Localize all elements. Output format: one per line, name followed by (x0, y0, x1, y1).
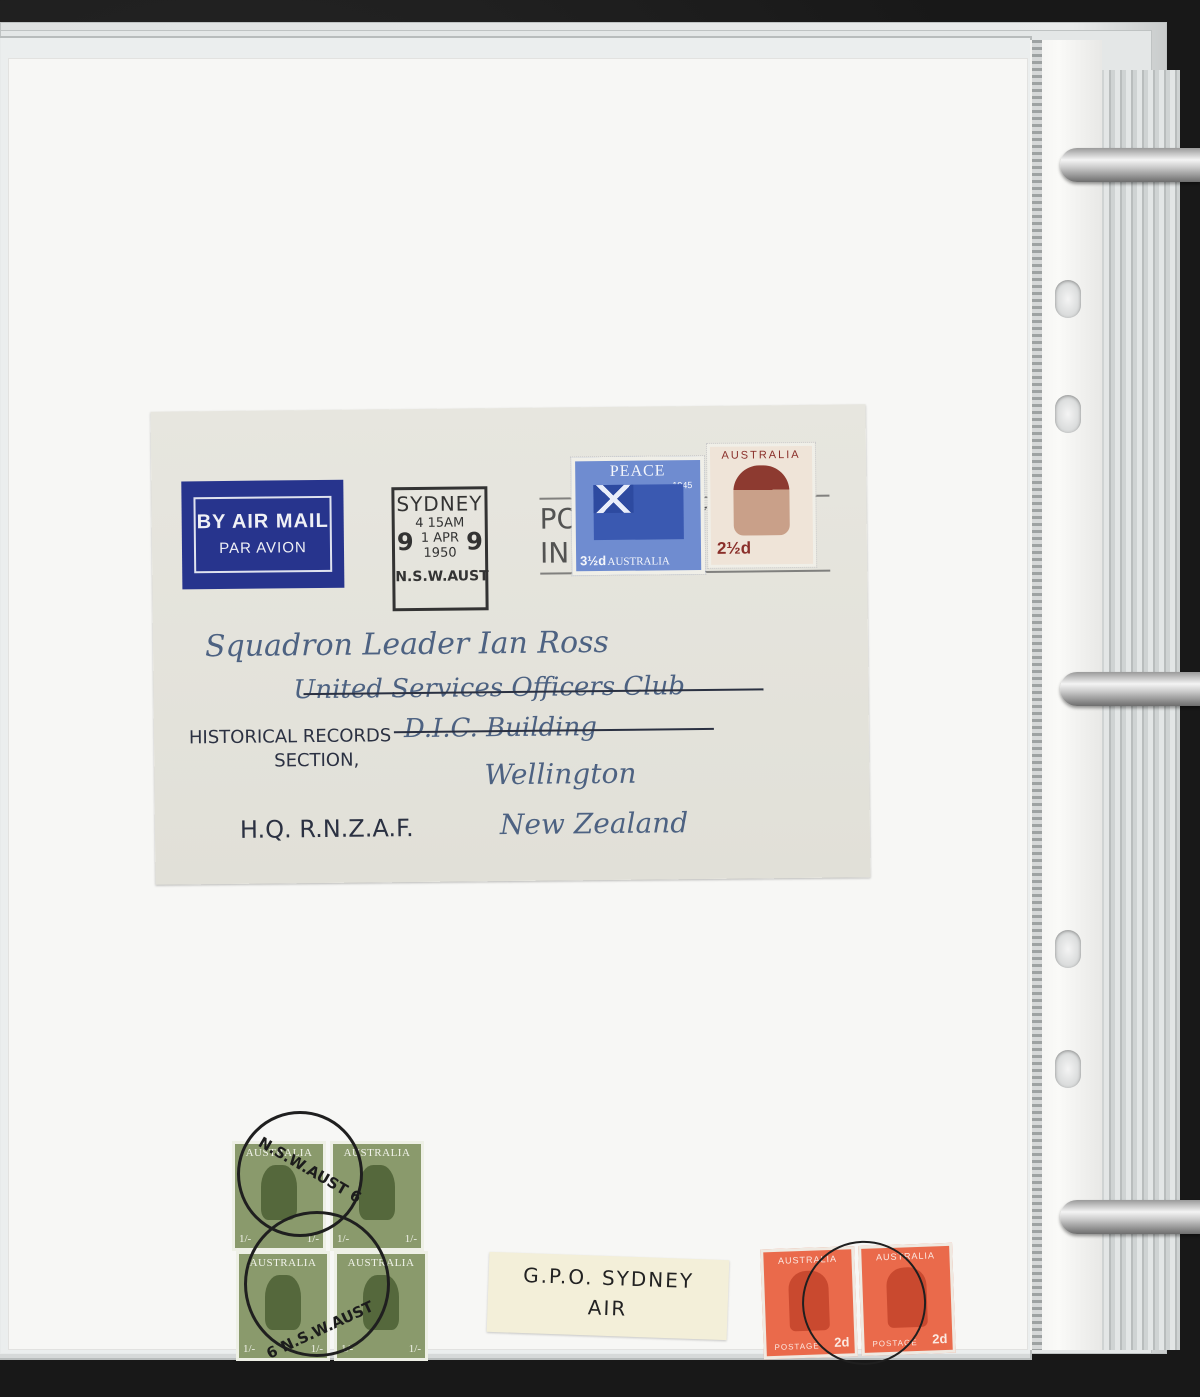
postmark-numeral-left: 9 (397, 528, 414, 556)
stamp-henry-lawson: AUSTRALIA 2½d (707, 443, 816, 568)
address-line-club: United Services Officers Club (293, 671, 685, 705)
flag-icon (593, 484, 684, 540)
sydney-postmark: SYDNEY 4 15AM 1 APR 1950 N.S.W.AUST 9 9 (391, 486, 488, 611)
handwritten-label-card: G.P.O. SYDNEY AIR (487, 1252, 730, 1340)
stamp-block-green-lyrebird: AUSTRALIA 1/- 1/- AUSTRALIA 1/- 1/- AUST… (232, 1141, 422, 1361)
stamp-country: AUSTRALIA (710, 449, 812, 462)
postmark-state: N.S.W.AUST (395, 568, 485, 585)
airmail-envelope: BY AIR MAIL PAR AVION SYDNEY 4 15AM 1 AP… (151, 404, 871, 884)
label-line1: G.P.O. SYDNEY (488, 1262, 729, 1294)
stamp-title: PEACE (575, 462, 700, 481)
stamp-value: 1/- (409, 1343, 421, 1355)
stamp-postage-label: POSTAGE (774, 1341, 819, 1352)
redirect-line2: SECTION, (274, 750, 359, 772)
address-line-country: New Zealand (500, 806, 689, 841)
punch-hole (1055, 930, 1081, 968)
redirect-line3: H.Q. R.N.Z.A.F. (240, 814, 414, 844)
stamp-value: 1/- (239, 1233, 251, 1245)
sleeve-rail (1032, 40, 1042, 1350)
binder-ring-middle (1060, 672, 1200, 706)
address-line-name: Squadron Leader Ian Ross (205, 625, 609, 664)
address-line-city: Wellington (484, 757, 636, 792)
address-line-building: D.I.C. Building (404, 712, 597, 744)
postmark-numeral-right: 9 (466, 527, 483, 555)
sleeve-pleats (1100, 70, 1180, 1350)
punch-hole (1055, 280, 1081, 318)
binder-ring-bottom (1060, 1200, 1200, 1234)
binder-ring-top (1060, 148, 1200, 182)
label-line2: AIR (487, 1292, 728, 1324)
airmail-label: BY AIR MAIL PAR AVION (181, 480, 344, 590)
portrait-icon (733, 465, 790, 536)
punch-hole (1055, 395, 1081, 433)
punch-hole (1055, 1050, 1081, 1088)
stamp-pair-red-kgvi: AUSTRALIA POSTAGE 2d AUSTRALIA POSTAGE 2… (760, 1243, 960, 1360)
stamp-value: 1/- (243, 1343, 255, 1355)
lyrebird-icon (359, 1165, 395, 1220)
stamp-value: 2d (932, 1331, 948, 1347)
stamp-value: 1/- (405, 1233, 417, 1245)
stamp-peace-1945: PEACE 1945 3½d AUSTRALIA (571, 456, 705, 575)
postmark-city: SYDNEY (394, 491, 484, 516)
airmail-label-line2: PAR AVION (196, 539, 330, 557)
redirect-line1: HISTORICAL RECORDS (189, 725, 392, 748)
stamp-value: 2½d (717, 538, 751, 558)
airmail-label-line1: BY AIR MAIL (196, 510, 330, 534)
stamp-country: AUSTRALIA (576, 555, 701, 568)
